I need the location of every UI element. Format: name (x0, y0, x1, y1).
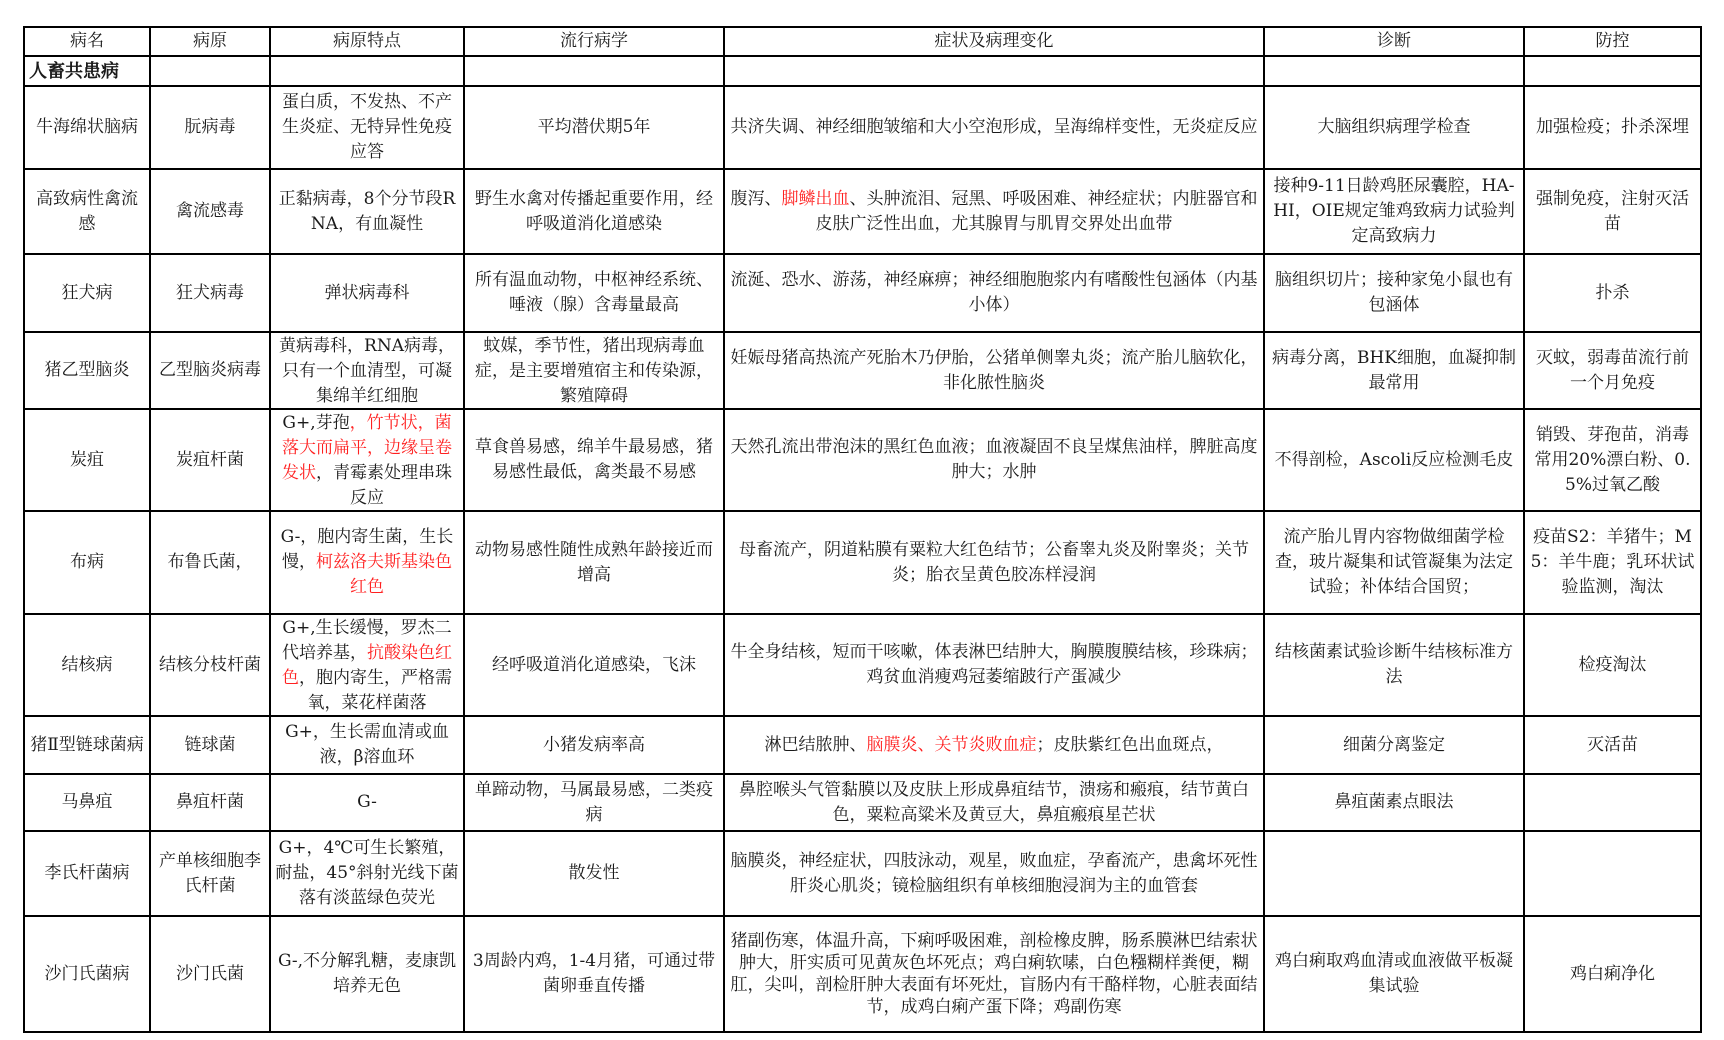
cell-diagnosis[interactable]: 结核菌素试验诊断牛结核标准方法 (1264, 614, 1524, 716)
cell-diagnosis[interactable]: 不得剖检，Ascoli反应检测毛皮 (1264, 409, 1524, 511)
table-row: 高致病性禽流感禽流感毒正黏病毒，8个分节段RNA，有血凝性野生水禽对传播起重要作… (24, 169, 1701, 254)
cell-epidemiology[interactable]: 野生水禽对传播起重要作用，经呼吸道消化道感染 (464, 169, 724, 254)
cell-symptoms-text: 鼻腔喉头气管黏膜以及皮肤上形成鼻疽结节，溃疡和瘢痕，结节黄白色，粟粒高粱米及黄豆… (739, 780, 1249, 825)
cell-pathogen-features-text: G- (357, 792, 377, 812)
cell-pathogen[interactable]: 狂犬病毒 (150, 254, 270, 332)
cell-disease-name-text: 马鼻疽 (62, 792, 113, 812)
cell-disease-name[interactable]: 结核病 (24, 614, 150, 716)
cell-epidemiology-text: 单蹄动物，马属最易感，二类疫病 (475, 780, 713, 825)
cell-pathogen-features-text: ，胞内寄生，严格需氧，菜花样菌落 (299, 668, 452, 713)
cell-disease-name[interactable]: 李氏杆菌病 (24, 831, 150, 916)
header-row: 病名 病原 病原特点 流行病学 症状及病理变化 诊断 防控 (24, 27, 1701, 56)
cell-diagnosis-text: 不得剖检，Ascoli反应检测毛皮 (1275, 450, 1514, 470)
cell-pathogen[interactable]: 鼻疽杆菌 (150, 774, 270, 831)
cell-control[interactable]: 强制免疫，注射灭活苗 (1524, 169, 1701, 254)
cell-symptoms[interactable]: 鼻腔喉头气管黏膜以及皮肤上形成鼻疽结节，溃疡和瘢痕，结节黄白色，粟粒高粱米及黄豆… (724, 774, 1264, 831)
cell-control-text: 销毁、芽孢苗，消毒常用20%漂白粉、0.5%过氧乙酸 (1534, 425, 1690, 495)
cell-symptoms-text: 淋巴结脓肿、 (765, 735, 867, 755)
cell-pathogen-features-text: G+，4℃可生长繁殖，耐盐，45°斜射光线下菌落有淡蓝绿色荧光 (275, 838, 458, 908)
cell-control-text: 检疫淘汰 (1579, 655, 1647, 675)
cell-pathogen-text: 沙门氏菌 (176, 964, 244, 984)
cell-control-text: 灭蚊，弱毒苗流行前一个月免疫 (1536, 348, 1689, 393)
cell-disease-name[interactable]: 猪乙型脑炎 (24, 332, 150, 409)
cell-epidemiology[interactable]: 散发性 (464, 831, 724, 916)
cell-symptoms[interactable]: 脑膜炎，神经症状，四肢泳动，观星，败血症，孕畜流产，患禽坏死性肝炎心肌炎；镜检脑… (724, 831, 1264, 916)
cell-epidemiology-text: 3周龄内鸡，1-4月猪，可通过带菌卵垂直传播 (473, 951, 715, 996)
cell-pathogen-features-text: 黄病毒科，RNA病毒，只有一个血清型，可凝集绵羊红细胞 (279, 336, 455, 406)
empty-cell[interactable] (150, 56, 270, 86)
header-cell-pathogen[interactable]: 病原 (150, 27, 270, 56)
cell-epidemiology[interactable]: 蚊媒，季节性，猪出现病毒血症，是主要增殖宿主和传染源，繁殖障碍 (464, 332, 724, 409)
cell-diagnosis-text: 脑组织切片；接种家兔小鼠也有包涵体 (1275, 270, 1513, 315)
cell-disease-name-text: 结核病 (62, 655, 113, 675)
cell-diagnosis[interactable]: 大脑组织病理学检查 (1264, 86, 1524, 169)
cell-epidemiology-text: 草食兽易感，绵羊牛最易感，猪易感性最低，禽类最不易感 (475, 437, 713, 482)
cell-symptoms[interactable]: 牛全身结核，短而干咳嗽，体表淋巴结肿大，胸膜腹膜结核，珍珠病；鸡贫血消瘦鸡冠萎缩… (724, 614, 1264, 716)
cell-diagnosis-text: 流产胎儿胃内容物做细菌学检查，玻片凝集和试管凝集为法定试验；补体结合国贸； (1275, 527, 1513, 597)
cell-pathogen-features[interactable]: G-，胞内寄生菌，生长慢，柯兹洛夫斯基染色红色 (270, 511, 464, 614)
cell-control[interactable]: 鸡白痢净化 (1524, 916, 1701, 1032)
cell-symptoms-text: 牛全身结核，短而干咳嗽，体表淋巴结肿大，胸膜腹膜结核，珍珠病；鸡贫血消瘦鸡冠萎缩… (731, 642, 1258, 687)
table-row: 布病布鲁氏菌，G-，胞内寄生菌，生长慢，柯兹洛夫斯基染色红色动物易感性随性成熟年… (24, 511, 1701, 614)
cell-pathogen-features[interactable]: G+，生长需血清或血液，β溶血环 (270, 716, 464, 774)
cell-symptoms-text: 、头肿流泪、冠黑、呼吸困难、神经症状；内脏器官和皮肤广泛性出血，尤其腺胃与肌胃交… (816, 189, 1258, 234)
cell-pathogen-text: 链球菌 (185, 735, 236, 755)
cell-control[interactable]: 扑杀 (1524, 254, 1701, 332)
cell-pathogen-features-text: 正黏病毒，8个分节段RNA，有血凝性 (279, 189, 456, 234)
cell-pathogen[interactable]: 禽流感毒 (150, 169, 270, 254)
cell-disease-name[interactable]: 布病 (24, 511, 150, 614)
table-row: 炭疽炭疽杆菌G+,芽孢，竹节状，菌落大而扁平，边缘呈卷发状，青霉素处理串珠反应草… (24, 409, 1701, 511)
cell-control[interactable]: 灭活苗 (1524, 716, 1701, 774)
cell-epidemiology[interactable]: 单蹄动物，马属最易感，二类疫病 (464, 774, 724, 831)
header-cell-control[interactable]: 防控 (1524, 27, 1701, 56)
cell-disease-name[interactable]: 炭疽 (24, 409, 150, 511)
cell-control[interactable]: 灭蚊，弱毒苗流行前一个月免疫 (1524, 332, 1701, 409)
cell-control-text: 疫苗S2：羊猪牛；M5：羊牛鹿；乳环状试验监测，淘汰 (1531, 527, 1695, 597)
cell-diagnosis[interactable]: 脑组织切片；接种家兔小鼠也有包涵体 (1264, 254, 1524, 332)
cell-pathogen-text: 炭疽杆菌 (176, 450, 244, 470)
cell-pathogen[interactable]: 炭疽杆菌 (150, 409, 270, 511)
cell-symptoms-text: 母畜流产，阴道粘膜有粟粒大红色结节；公畜睾丸炎及附睾炎；关节炎；胎衣呈黄色胶冻样… (739, 540, 1249, 585)
cell-epidemiology[interactable]: 小猪发病率高 (464, 716, 724, 774)
highlight-text: 脑膜炎、关节炎败血症 (867, 735, 1037, 755)
cell-pathogen[interactable]: 乙型脑炎病毒 (150, 332, 270, 409)
cell-symptoms-text: 共济失调、神经细胞皱缩和大小空泡形成，呈海绵样变性，无炎症反应 (731, 117, 1258, 137)
cell-symptoms[interactable]: 淋巴结脓肿、脑膜炎、关节炎败血症；皮肤紫红色出血斑点， (724, 716, 1264, 774)
cell-diagnosis-text: 结核菌素试验诊断牛结核标准方法 (1275, 642, 1513, 687)
cell-disease-name[interactable]: 猪Ⅱ型链球菌病 (24, 716, 150, 774)
cell-control[interactable]: 检疫淘汰 (1524, 614, 1701, 716)
cell-disease-name[interactable]: 高致病性禽流感 (24, 169, 150, 254)
cell-disease-name-text: 李氏杆菌病 (45, 863, 130, 883)
cell-epidemiology[interactable]: 草食兽易感，绵羊牛最易感，猪易感性最低，禽类最不易感 (464, 409, 724, 511)
cell-pathogen-text: 产单核细胞李氏杆菌 (159, 851, 261, 896)
table-row: 沙门氏菌病沙门氏菌G-,不分解乳糖，麦康凯培养无色3周龄内鸡，1-4月猪，可通过… (24, 916, 1701, 1032)
cell-diagnosis[interactable]: 接种9-11日龄鸡胚尿囊腔，HA-HI，OIE规定雏鸡致病力试验判定高致病力 (1264, 169, 1524, 254)
cell-epidemiology-text: 所有温血动物，中枢神经系统、唾液（腺）含毒量最高 (475, 270, 713, 315)
table-row: 牛海绵状脑病朊病毒蛋白质，不发热、不产生炎症、无特异性免疫应答平均潜伏期5年共济… (24, 86, 1701, 169)
cell-pathogen-features[interactable]: 黄病毒科，RNA病毒，只有一个血清型，可凝集绵羊红细胞 (270, 332, 464, 409)
cell-diagnosis-text: 大脑组织病理学检查 (1318, 117, 1471, 137)
cell-diagnosis-text: 病毒分离，BHK细胞，血凝抑制最常用 (1272, 348, 1516, 393)
cell-control-text: 鸡白痢净化 (1570, 964, 1655, 984)
cell-pathogen[interactable]: 布鲁氏菌， (150, 511, 270, 614)
cell-pathogen-features-text: G+，生长需血清或血液，β溶血环 (285, 722, 449, 767)
cell-symptoms-text: 流涎、恐水、游荡，神经麻痹；神经细胞胞浆内有嗜酸性包涵体（内基小体） (731, 270, 1258, 315)
table-row: 李氏杆菌病产单核细胞李氏杆菌G+，4℃可生长繁殖，耐盐，45°斜射光线下菌落有淡… (24, 831, 1701, 916)
cell-symptoms[interactable]: 猪副伤寒，体温升高，下痢呼吸困难，剖检橡皮脾，肠系膜淋巴结索状肿大，肝实质可见黄… (724, 916, 1264, 1032)
disease-table: 病名 病原 病原特点 流行病学 症状及病理变化 诊断 防控 人畜共患病 牛海绵状… (23, 26, 1702, 1033)
table-row: 猪Ⅱ型链球菌病链球菌G+，生长需血清或血液，β溶血环小猪发病率高淋巴结脓肿、脑膜… (24, 716, 1701, 774)
cell-disease-name-text: 高致病性禽流感 (36, 189, 138, 234)
empty-cell[interactable] (270, 56, 464, 86)
cell-diagnosis-text: 接种9-11日龄鸡胚尿囊腔，HA-HI，OIE规定雏鸡致病力试验判定高致病力 (1273, 176, 1515, 246)
empty-cell[interactable] (464, 56, 724, 86)
cell-pathogen-text: 鼻疽杆菌 (176, 792, 244, 812)
cell-diagnosis[interactable]: 流产胎儿胃内容物做细菌学检查，玻片凝集和试管凝集为法定试验；补体结合国贸； (1264, 511, 1524, 614)
cell-disease-name-text: 布病 (70, 552, 104, 572)
table-row: 狂犬病狂犬病毒弹状病毒科所有温血动物，中枢神经系统、唾液（腺）含毒量最高流涎、恐… (24, 254, 1701, 332)
cell-symptoms-text: 脑膜炎，神经症状，四肢泳动，观星，败血症，孕畜流产，患禽坏死性肝炎心肌炎；镜检脑… (731, 851, 1258, 896)
cell-pathogen-text: 乙型脑炎病毒 (159, 360, 261, 380)
table-row: 马鼻疽鼻疽杆菌G-单蹄动物，马属最易感，二类疫病鼻腔喉头气管黏膜以及皮肤上形成鼻… (24, 774, 1701, 831)
table-row: 结核病结核分枝杆菌G+,生长缓慢，罗杰二代培养基，抗酸染色红色，胞内寄生，严格需… (24, 614, 1701, 716)
empty-cell[interactable] (724, 56, 1264, 86)
cell-epidemiology-text: 野生水禽对传播起重要作用，经呼吸道消化道感染 (475, 189, 713, 234)
cell-symptoms-text: 腹泻、 (731, 189, 782, 209)
cell-epidemiology-text: 平均潜伏期5年 (538, 117, 651, 137)
cell-epidemiology-text: 小猪发病率高 (543, 735, 645, 755)
cell-pathogen-features-text: 蛋白质，不发热、不产生炎症、无特异性免疫应答 (282, 92, 452, 162)
cell-control[interactable]: 加强检疫；扑杀深埋 (1524, 86, 1701, 169)
cell-symptoms-text: 猪副伤寒，体温升高，下痢呼吸困难，剖检橡皮脾，肠系膜淋巴结索状肿大，肝实质可见黄… (731, 931, 1258, 1017)
cell-control[interactable]: 疫苗S2：羊猪牛；M5：羊牛鹿；乳环状试验监测，淘汰 (1524, 511, 1701, 614)
cell-control[interactable] (1524, 774, 1701, 831)
cell-epidemiology[interactable]: 所有温血动物，中枢神经系统、唾液（腺）含毒量最高 (464, 254, 724, 332)
cell-pathogen-features[interactable]: G- (270, 774, 464, 831)
cell-disease-name[interactable]: 沙门氏菌病 (24, 916, 150, 1032)
cell-disease-name-text: 牛海绵状脑病 (36, 117, 138, 137)
empty-cell[interactable] (1264, 56, 1524, 86)
cell-symptoms-text: ；皮肤紫红色出血斑点， (1037, 735, 1224, 755)
cell-diagnosis[interactable]: 鼻疽菌素点眼法 (1264, 774, 1524, 831)
cell-epidemiology[interactable]: 平均潜伏期5年 (464, 86, 724, 169)
cell-control[interactable]: 销毁、芽孢苗，消毒常用20%漂白粉、0.5%过氧乙酸 (1524, 409, 1701, 511)
cell-epidemiology[interactable]: 经呼吸道消化道感染，飞沫 (464, 614, 724, 716)
cell-pathogen-text: 禽流感毒 (176, 201, 244, 221)
header-cell-name[interactable]: 病名 (24, 27, 150, 56)
cell-pathogen-features-text: G-,不分解乳糖，麦康凯培养无色 (278, 951, 456, 996)
table-row: 猪乙型脑炎乙型脑炎病毒黄病毒科，RNA病毒，只有一个血清型，可凝集绵羊红细胞蚊媒… (24, 332, 1701, 409)
highlight-text: 脚鳞出血 (782, 189, 850, 209)
cell-pathogen-text: 狂犬病毒 (176, 283, 244, 303)
cell-pathogen-text: 朊病毒 (185, 117, 236, 137)
cell-disease-name-text: 猪Ⅱ型链球菌病 (30, 735, 144, 755)
cell-diagnosis[interactable]: 病毒分离，BHK细胞，血凝抑制最常用 (1264, 332, 1524, 409)
cell-pathogen[interactable]: 产单核细胞李氏杆菌 (150, 831, 270, 916)
cell-pathogen-text: 布鲁氏菌， (168, 552, 253, 572)
section-row: 人畜共患病 (24, 56, 1701, 86)
cell-pathogen-features-text: G+,芽孢 (282, 413, 349, 433)
cell-pathogen[interactable]: 沙门氏菌 (150, 916, 270, 1032)
cell-epidemiology-text: 散发性 (569, 863, 620, 883)
cell-control-text: 强制免疫，注射灭活苗 (1536, 189, 1689, 234)
cell-pathogen-features[interactable]: 弹状病毒科 (270, 254, 464, 332)
cell-control-text: 扑杀 (1596, 283, 1630, 303)
empty-cell[interactable] (1524, 56, 1701, 86)
cell-diagnosis[interactable] (1264, 831, 1524, 916)
cell-epidemiology[interactable]: 动物易感性随性成熟年龄接近而增高 (464, 511, 724, 614)
cell-control[interactable] (1524, 831, 1701, 916)
cell-pathogen-features-text: ，青霉素处理串珠反应 (316, 463, 452, 508)
cell-pathogen-features[interactable]: 正黏病毒，8个分节段RNA，有血凝性 (270, 169, 464, 254)
cell-epidemiology-text: 动物易感性随性成熟年龄接近而增高 (475, 540, 713, 585)
cell-diagnosis-text: 鼻疽菌素点眼法 (1335, 792, 1454, 812)
cell-disease-name-text: 狂犬病 (62, 283, 113, 303)
cell-symptoms[interactable]: 流涎、恐水、游荡，神经麻痹；神经细胞胞浆内有嗜酸性包涵体（内基小体） (724, 254, 1264, 332)
cell-symptoms-text: 天然孔流出带泡沫的黑红色血液；血液凝固不良呈煤焦油样，脾脏高度肿大；水肿 (731, 437, 1258, 482)
cell-disease-name[interactable]: 马鼻疽 (24, 774, 150, 831)
header-cell-symptoms[interactable]: 症状及病理变化 (724, 27, 1264, 56)
header-cell-features[interactable]: 病原特点 (270, 27, 464, 56)
cell-epidemiology[interactable]: 3周龄内鸡，1-4月猪，可通过带菌卵垂直传播 (464, 916, 724, 1032)
cell-pathogen-features-text: 弹状病毒科 (325, 283, 410, 303)
cell-disease-name-text: 猪乙型脑炎 (45, 360, 130, 380)
cell-symptoms[interactable]: 天然孔流出带泡沫的黑红色血液；血液凝固不良呈煤焦油样，脾脏高度肿大；水肿 (724, 409, 1264, 511)
cell-disease-name-text: 炭疽 (70, 450, 104, 470)
cell-pathogen[interactable]: 结核分枝杆菌 (150, 614, 270, 716)
cell-diagnosis-text: 鸡白痢取鸡血清或血液做平板凝集试验 (1275, 951, 1513, 996)
cell-disease-name[interactable]: 狂犬病 (24, 254, 150, 332)
cell-disease-name[interactable]: 牛海绵状脑病 (24, 86, 150, 169)
section-title[interactable]: 人畜共患病 (24, 56, 150, 86)
cell-symptoms[interactable]: 腹泻、脚鳞出血、头肿流泪、冠黑、呼吸困难、神经症状；内脏器官和皮肤广泛性出血，尤… (724, 169, 1264, 254)
cell-epidemiology-text: 蚊媒，季节性，猪出现病毒血症，是主要增殖宿主和传染源，繁殖障碍 (475, 336, 713, 406)
cell-pathogen-text: 结核分枝杆菌 (159, 655, 261, 675)
cell-diagnosis[interactable]: 鸡白痢取鸡血清或血液做平板凝集试验 (1264, 916, 1524, 1032)
cell-pathogen-features[interactable]: 蛋白质，不发热、不产生炎症、无特异性免疫应答 (270, 86, 464, 169)
cell-diagnosis-text: 细菌分离鉴定 (1343, 735, 1445, 755)
cell-pathogen-features[interactable]: G+,生长缓慢，罗杰二代培养基，抗酸染色红色，胞内寄生，严格需氧，菜花样菌落 (270, 614, 464, 716)
cell-symptoms[interactable]: 母畜流产，阴道粘膜有粟粒大红色结节；公畜睾丸炎及附睾炎；关节炎；胎衣呈黄色胶冻样… (724, 511, 1264, 614)
cell-symptoms[interactable]: 共济失调、神经细胞皱缩和大小空泡形成，呈海绵样变性，无炎症反应 (724, 86, 1264, 169)
cell-epidemiology-text: 经呼吸道消化道感染，飞沫 (492, 655, 696, 675)
cell-disease-name-text: 沙门氏菌病 (45, 964, 130, 984)
cell-pathogen[interactable]: 链球菌 (150, 716, 270, 774)
header-cell-diagnosis[interactable]: 诊断 (1264, 27, 1524, 56)
cell-pathogen[interactable]: 朊病毒 (150, 86, 270, 169)
cell-pathogen-features[interactable]: G+，4℃可生长繁殖，耐盐，45°斜射光线下菌落有淡蓝绿色荧光 (270, 831, 464, 916)
cell-pathogen-features[interactable]: G-,不分解乳糖，麦康凯培养无色 (270, 916, 464, 1032)
cell-pathogen-features[interactable]: G+,芽孢，竹节状，菌落大而扁平，边缘呈卷发状，青霉素处理串珠反应 (270, 409, 464, 511)
cell-control-text: 灭活苗 (1587, 735, 1638, 755)
cell-symptoms[interactable]: 妊娠母猪高热流产死胎木乃伊胎，公猪单侧睾丸炎；流产胎儿脑软化，非化脓性脑炎 (724, 332, 1264, 409)
highlight-text: 柯兹洛夫斯基染色红色 (316, 552, 452, 597)
cell-control-text: 加强检疫；扑杀深埋 (1536, 117, 1689, 137)
cell-symptoms-text: 妊娠母猪高热流产死胎木乃伊胎，公猪单侧睾丸炎；流产胎儿脑软化，非化脓性脑炎 (731, 348, 1258, 393)
header-cell-epidemiology[interactable]: 流行病学 (464, 27, 724, 56)
cell-diagnosis[interactable]: 细菌分离鉴定 (1264, 716, 1524, 774)
